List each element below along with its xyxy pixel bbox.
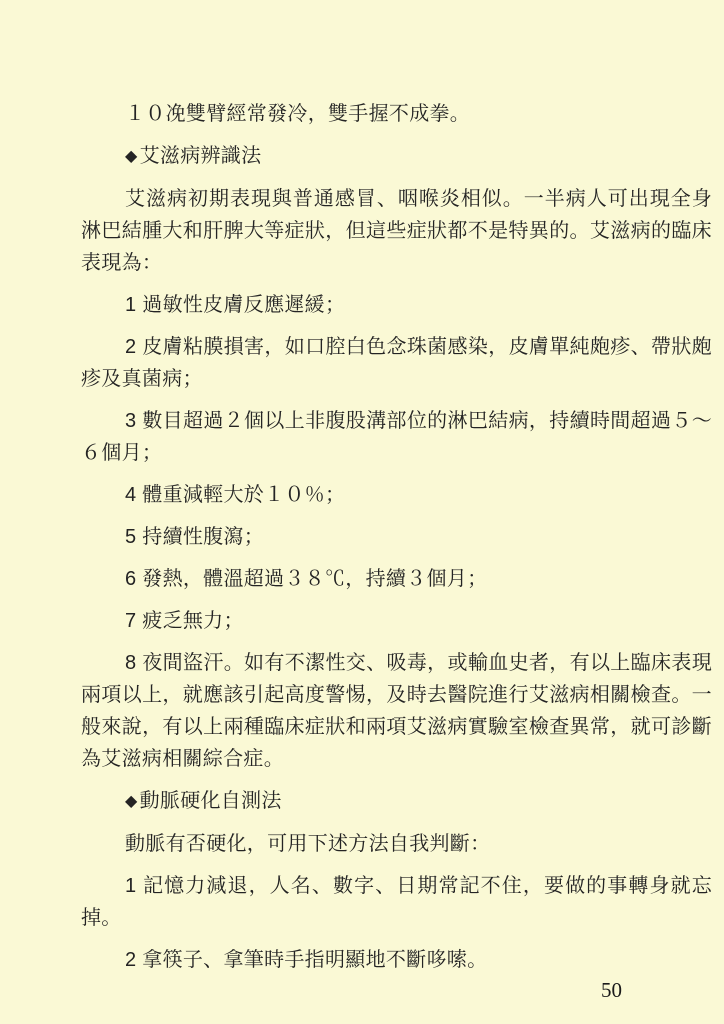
aids-item-6: 6 發熱，體溫超過３８℃，持續３個月； [81,563,712,595]
page-content: １０凂雙臂經常發冷，雙手握不成拳。 ◆艾滋病辨識法 艾滋病初期表現與普通感冒、咽… [81,98,712,986]
section-heading-aids: ◆艾滋病辨識法 [81,140,712,173]
paragraph-aids-intro: 艾滋病初期表現與普通感冒、咽喉炎相似。一半病人可出現全身淋巴結腫大和肝脾大等症狀… [81,183,712,279]
aids-item-7: 7 疲乏無力； [81,605,712,637]
diamond-bullet-icon: ◆ [125,148,138,165]
aids-item-2: 2 皮膚粘膜損害，如口腔白色念珠菌感染，皮膚單純皰疹、帶狀皰疹及真菌病； [81,331,712,395]
section-heading-arteriosclerosis-label: 動脈硬化自測法 [140,790,282,812]
section-heading-aids-label: 艾滋病辨識法 [140,145,262,167]
aids-item-4: 4 體重減輕大於１０％； [81,479,712,511]
arteriosclerosis-item-1: 1 記憶力減退，人名、數字、日期常記不住，要做的事轉身就忘掉。 [81,870,712,934]
paragraph-arteriosclerosis-intro: 動脈有否硬化，可用下述方法自我判斷： [81,828,712,860]
section-heading-arteriosclerosis: ◆動脈硬化自測法 [81,785,712,818]
aids-item-5: 5 持續性腹瀉； [81,521,712,553]
arteriosclerosis-item-2: 2 拿筷子、拿筆時手指明顯地不斷哆嗦。 [81,944,712,976]
aids-item-8: 8 夜間盜汗。如有不潔性交、吸毒，或輸血史者，有以上臨床表現兩項以上，就應該引起… [81,647,712,775]
diamond-bullet-icon: ◆ [125,793,138,810]
paragraph-cold-arms: １０凂雙臂經常發冷，雙手握不成拳。 [81,98,712,130]
aids-item-1: 1 過敏性皮膚反應遲緩； [81,289,712,321]
page-number: 50 [601,978,622,1003]
aids-item-3: 3 數目超過２個以上非腹股溝部位的淋巴結病，持續時間超過５～６個月； [81,405,712,469]
